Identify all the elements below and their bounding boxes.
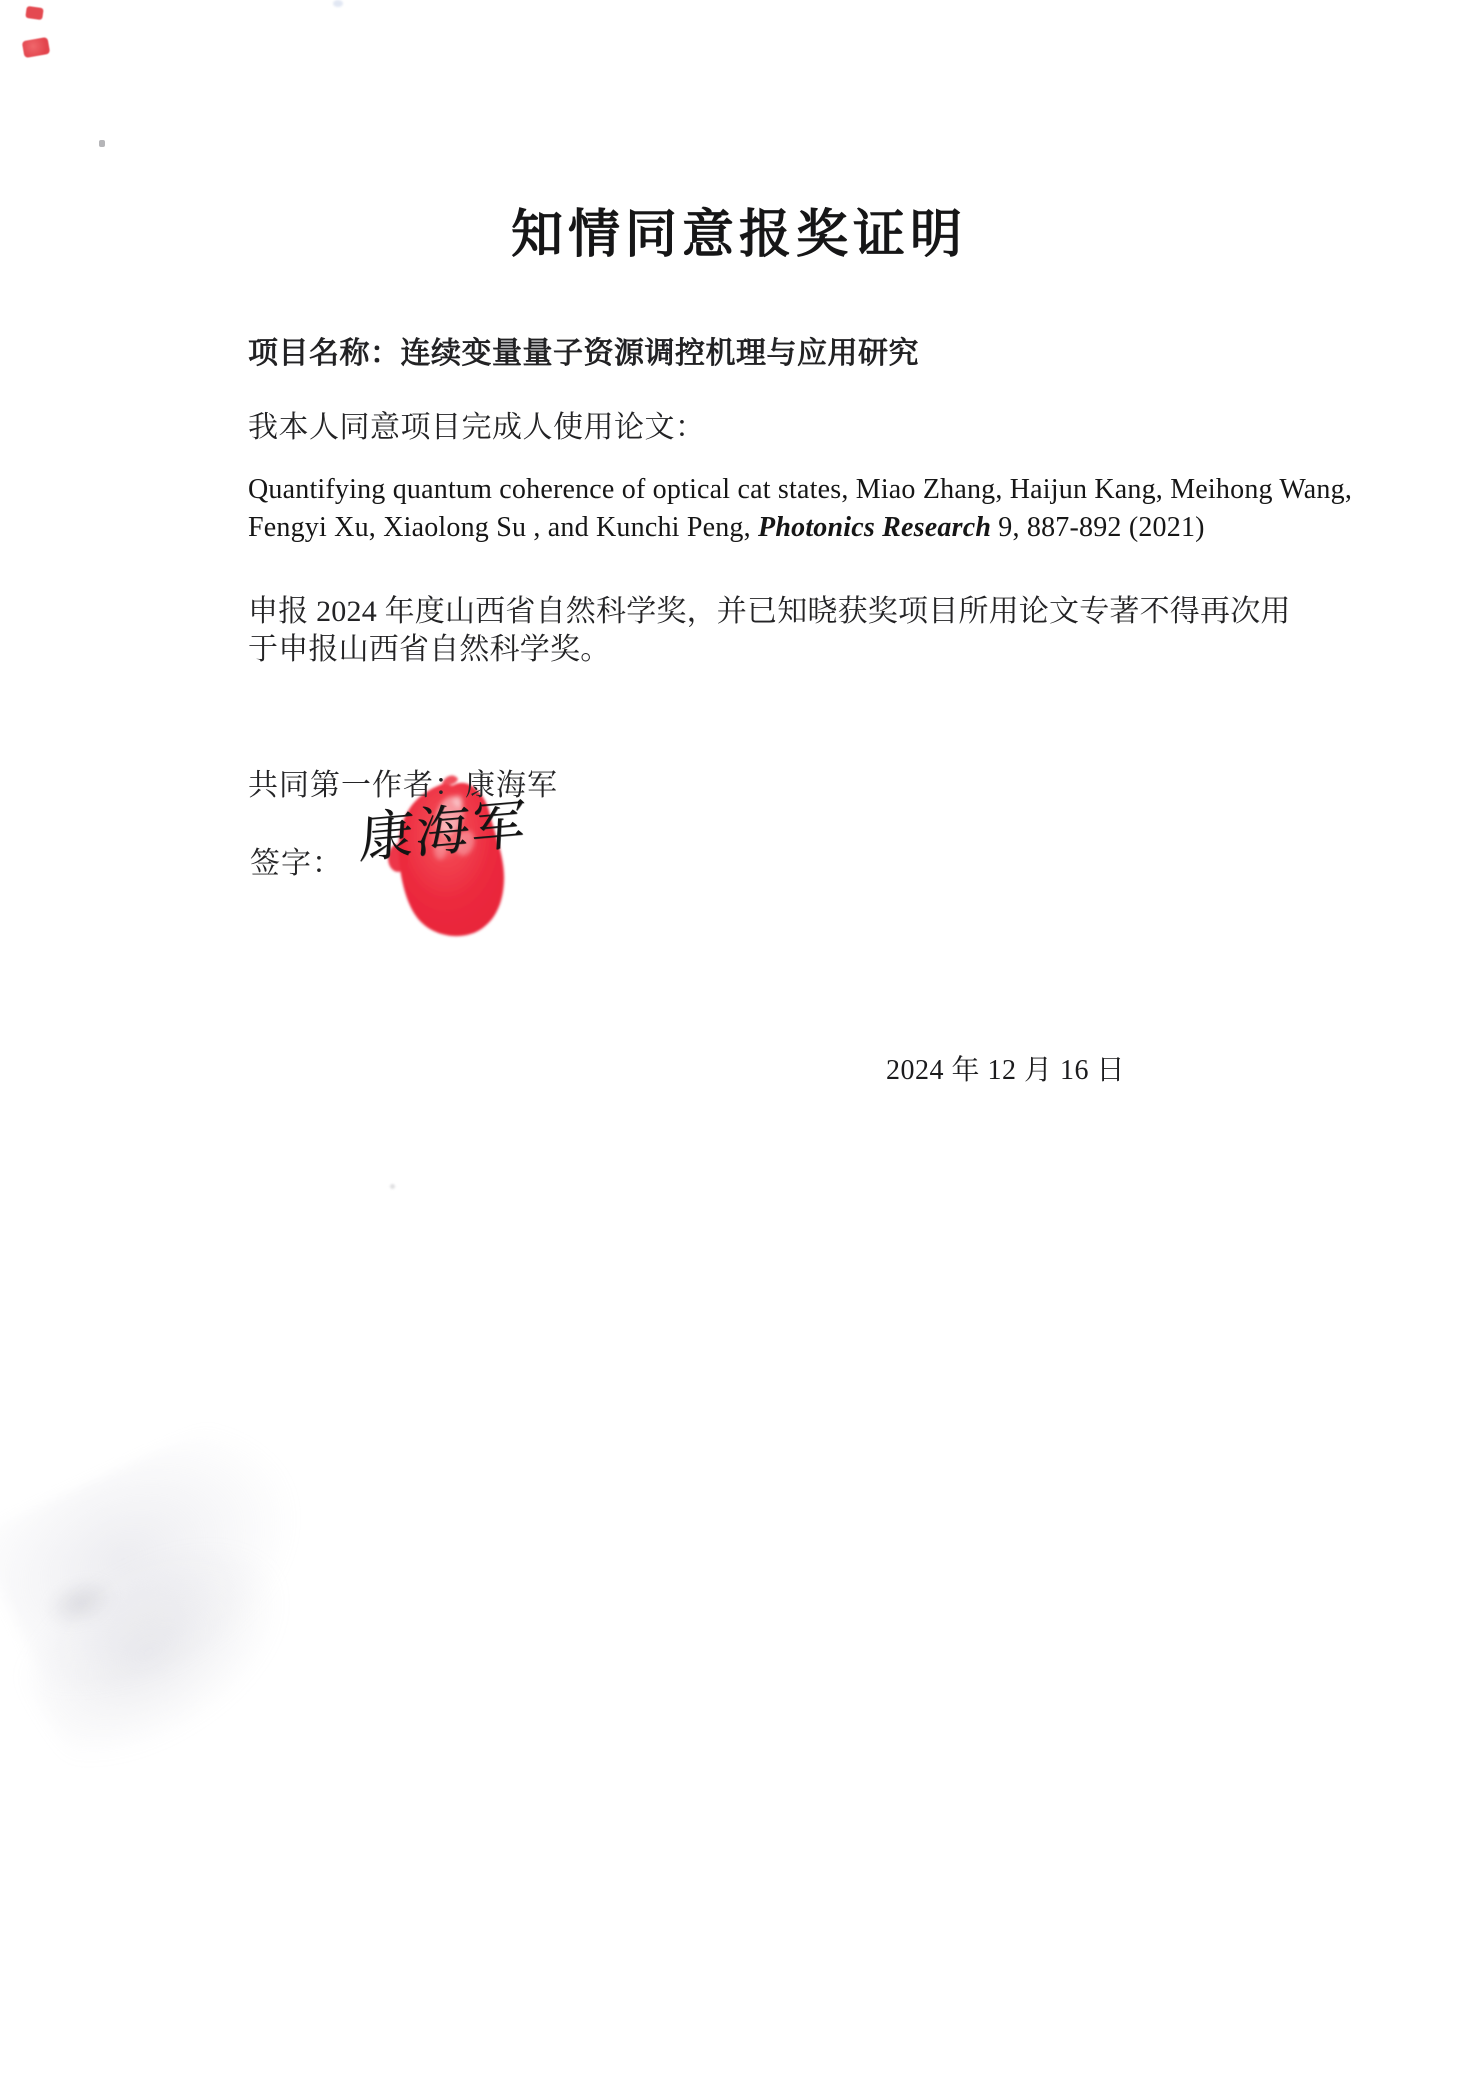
consent-statement-line: 我本人同意项目完成人使用论文： <box>248 402 706 446</box>
faint-speck-artifact <box>390 1184 395 1189</box>
certificate-title: 知情同意报奖证明 <box>8 192 1462 267</box>
citation-line-2: Fengyi Xu, Xiaolong Su , and Kunchi Peng… <box>248 512 1205 544</box>
scanned-certificate-page: 知情同意报奖证明 项目名称：连续变量量子资源调控机理与应用研究 我本人同意项目完… <box>0 0 1462 2075</box>
journal-name: Photonics Research <box>758 512 991 543</box>
gray-dot-artifact <box>99 140 105 147</box>
red-ink-artifact-top-left-1 <box>25 6 44 20</box>
project-name-line: 项目名称：连续变量量子资源调控机理与应用研究 <box>248 328 919 372</box>
blue-speck-artifact <box>333 0 343 7</box>
citation-line-1: Quantifying quantum coherence of optical… <box>248 474 1352 506</box>
citation-line-2-volume-pages: 9, 887-892 (2021) <box>991 512 1205 543</box>
coauthor-line: 共同第一作者：康海军 <box>248 760 558 804</box>
declaration-line-2: 于申报山西省自然科学奖。 <box>248 624 610 668</box>
scan-smudge-artifact <box>0 1440 380 1770</box>
signature-label: 签字： <box>250 838 343 882</box>
date-line: 2024 年 12 月 16 日 <box>886 1048 1125 1088</box>
red-ink-artifact-top-left-2 <box>22 37 51 58</box>
citation-line-2-authors: Fengyi Xu, Xiaolong Su , and Kunchi Peng… <box>248 512 758 543</box>
